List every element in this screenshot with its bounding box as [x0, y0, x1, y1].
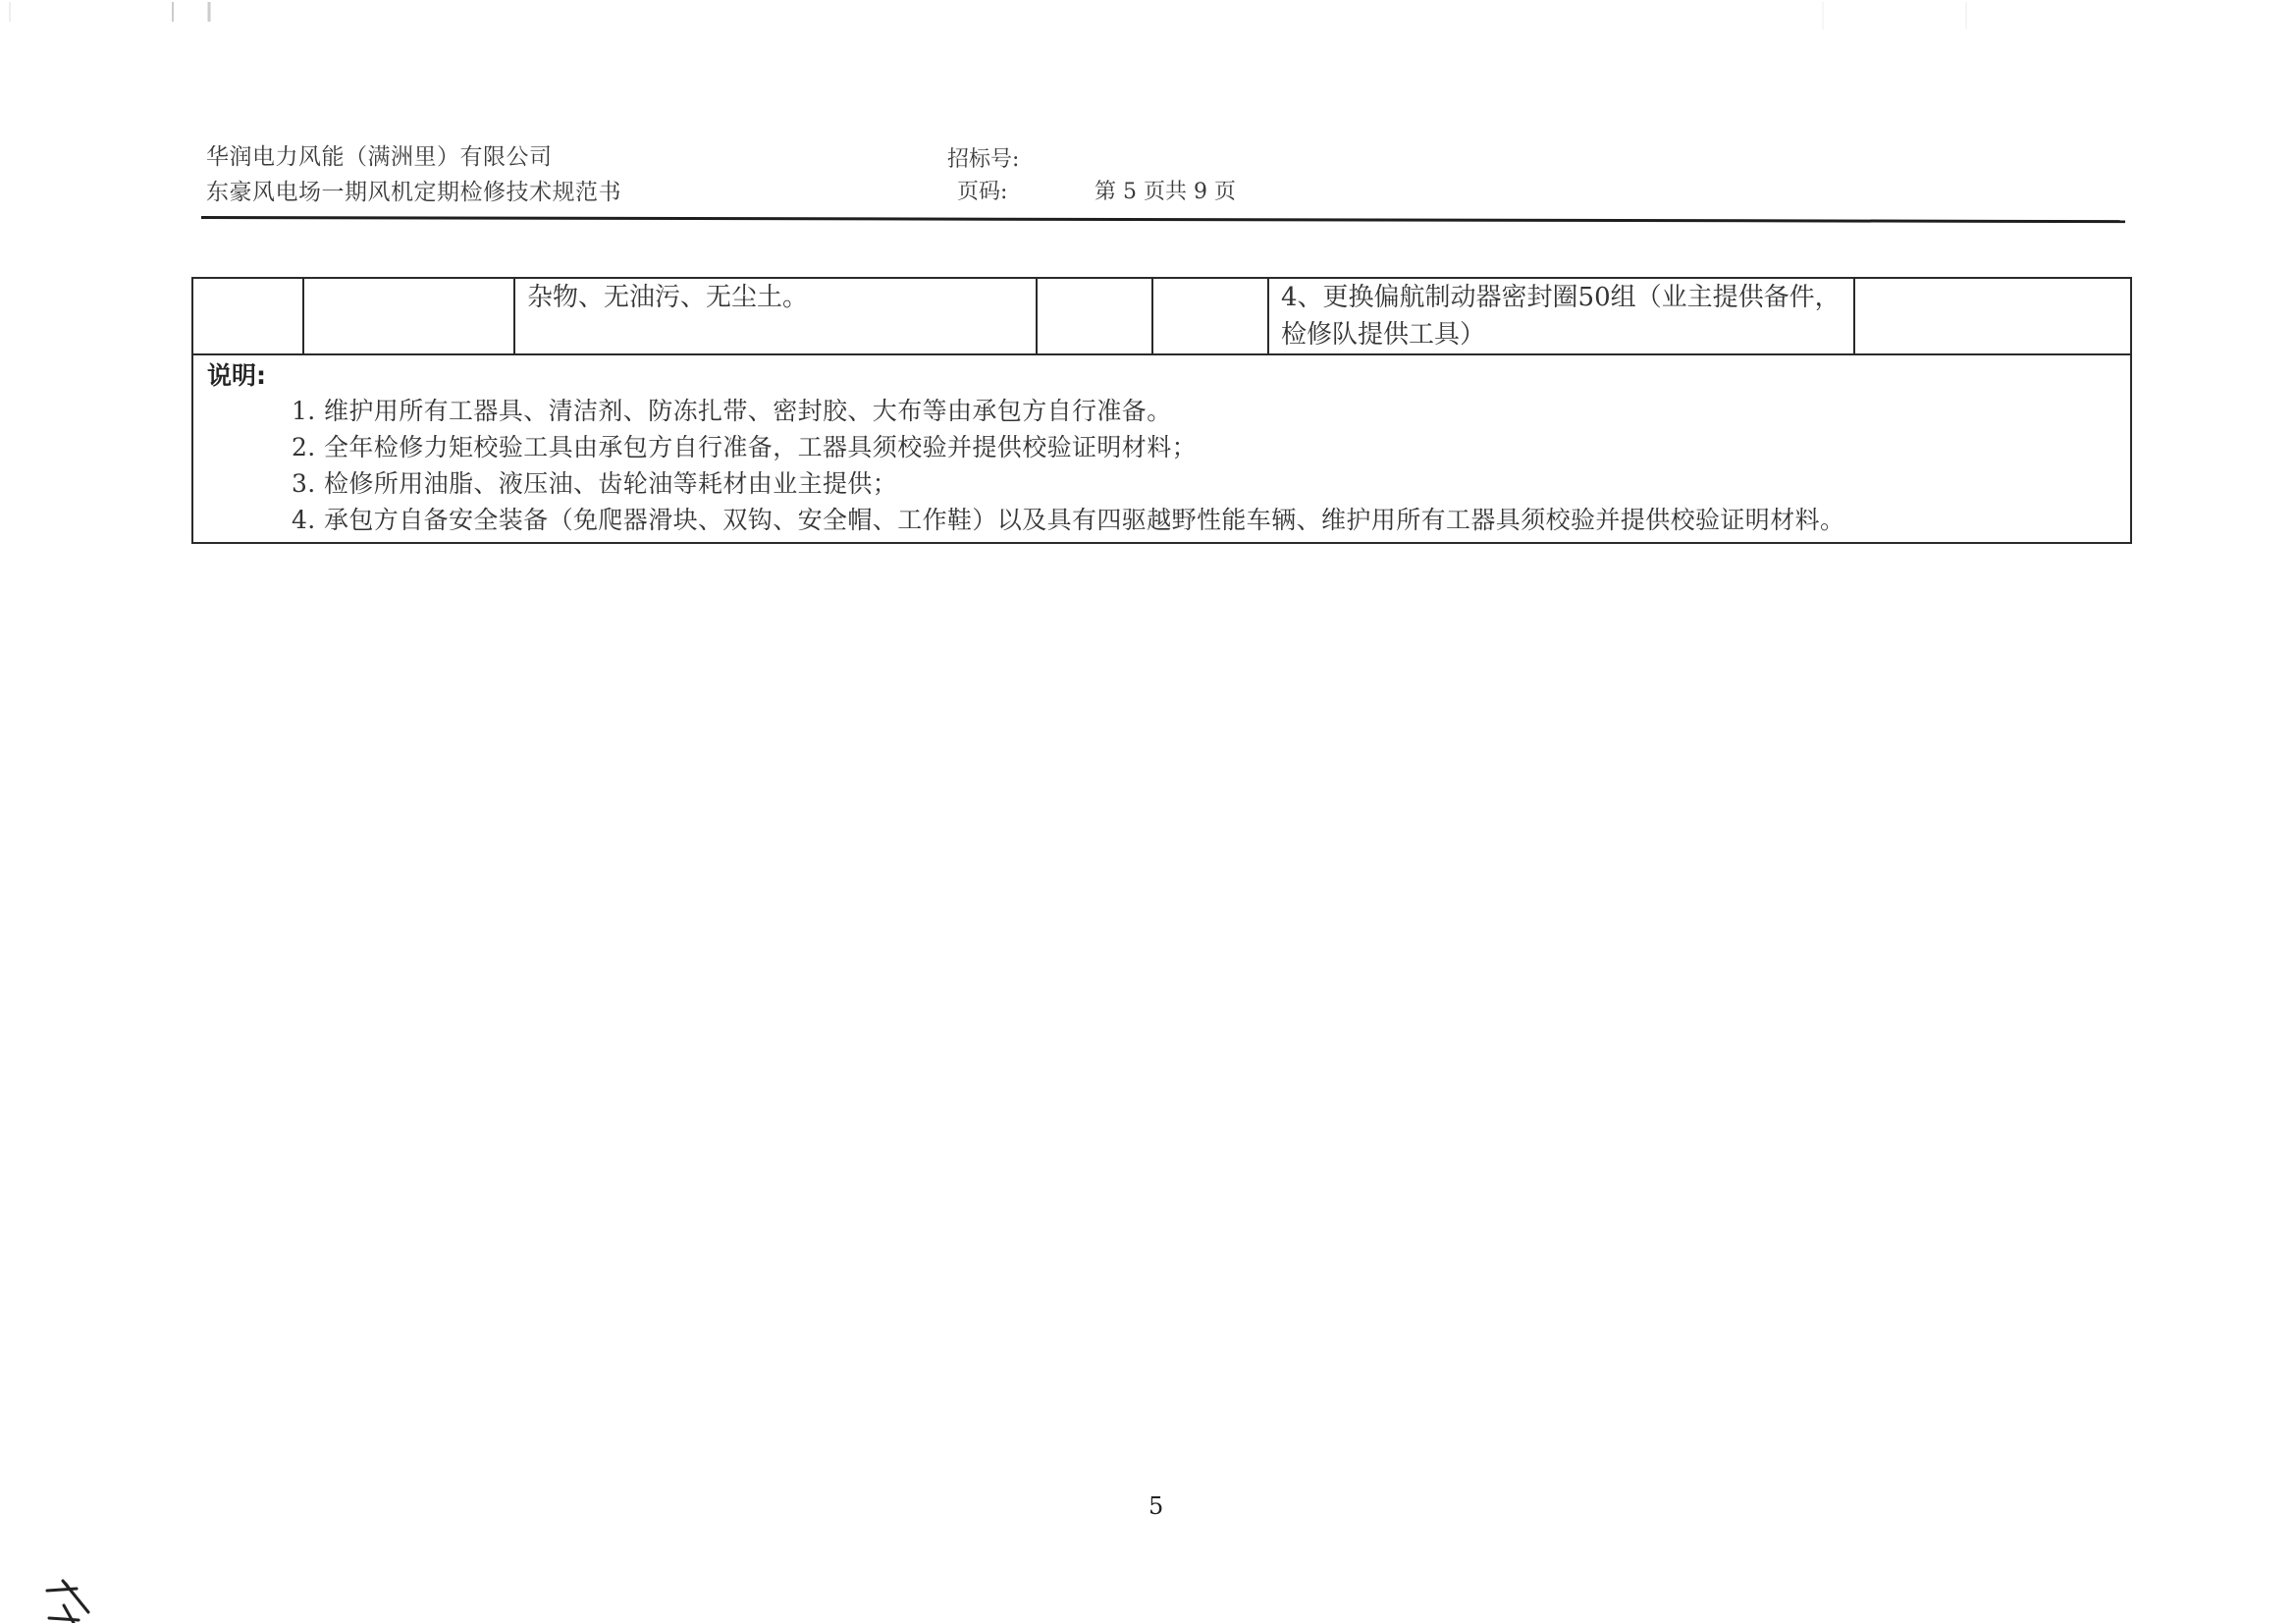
- table-cell-task: 4、更换偏航制动器密封圈50组（业主提供备件，检修队提供工具）: [1268, 278, 1854, 354]
- notes-cell: 说明: 1. 维护用所有工器具、清洁剂、防冻扎带、密封胶、大布等由承包方自行准备…: [192, 354, 2131, 543]
- page-label: 页码:: [947, 176, 1095, 208]
- notes-title: 说明:: [207, 359, 2116, 393]
- handwritten-mark-icon: [20, 1561, 98, 1623]
- page-number: 5: [1148, 1492, 1163, 1520]
- table-row: 杂物、无油污、无尘土。 4、更换偏航制动器密封圈50组（业主提供备件，检修队提供…: [192, 278, 2131, 354]
- header-divider: [201, 216, 2125, 223]
- note-item: 4. 承包方自备安全装备（免爬器滑块、双钩、安全帽、工作鞋）以及具有四驱越野性能…: [292, 502, 2116, 538]
- document-title: 东豪风电场一期风机定期检修技术规范书: [206, 175, 621, 210]
- table-cell: [1037, 278, 1152, 354]
- note-item: 2. 全年检修力矩校验工具由承包方自行准备，工器具须校验并提供校验证明材料；: [292, 429, 2116, 465]
- table-cell: [1854, 278, 2131, 354]
- table-cell-requirement: 杂物、无油污、无尘土。: [514, 278, 1037, 354]
- bid-number-label: 招标号:: [947, 143, 1095, 176]
- table-cell: [192, 278, 303, 354]
- note-item: 1. 维护用所有工器具、清洁剂、防冻扎带、密封胶、大布等由承包方自行准备。: [292, 393, 2116, 429]
- note-item: 3. 检修所用油脂、液压油、齿轮油等耗材由业主提供；: [292, 465, 2116, 502]
- spec-table: 杂物、无油污、无尘土。 4、更换偏航制动器密封圈50组（业主提供备件，检修队提供…: [191, 277, 2132, 544]
- document-header-right: 招标号: 页码: 第 5 页共 9 页: [947, 143, 1236, 208]
- notes-row: 说明: 1. 维护用所有工器具、清洁剂、防冻扎带、密封胶、大布等由承包方自行准备…: [192, 354, 2131, 543]
- page-value: 第 5 页共 9 页: [1095, 176, 1236, 208]
- notes-list: 1. 维护用所有工器具、清洁剂、防冻扎带、密封胶、大布等由承包方自行准备。 2.…: [207, 393, 2116, 538]
- document-header-left: 华润电力风能（满洲里）有限公司 东豪风电场一期风机定期检修技术规范书: [206, 139, 621, 210]
- spec-table-container: 杂物、无油污、无尘土。 4、更换偏航制动器密封圈50组（业主提供备件，检修队提供…: [191, 277, 2130, 544]
- table-cell: [303, 278, 514, 354]
- scan-artifacts: [0, 0, 2296, 39]
- table-cell: [1152, 278, 1268, 354]
- company-name: 华润电力风能（满洲里）有限公司: [206, 139, 621, 175]
